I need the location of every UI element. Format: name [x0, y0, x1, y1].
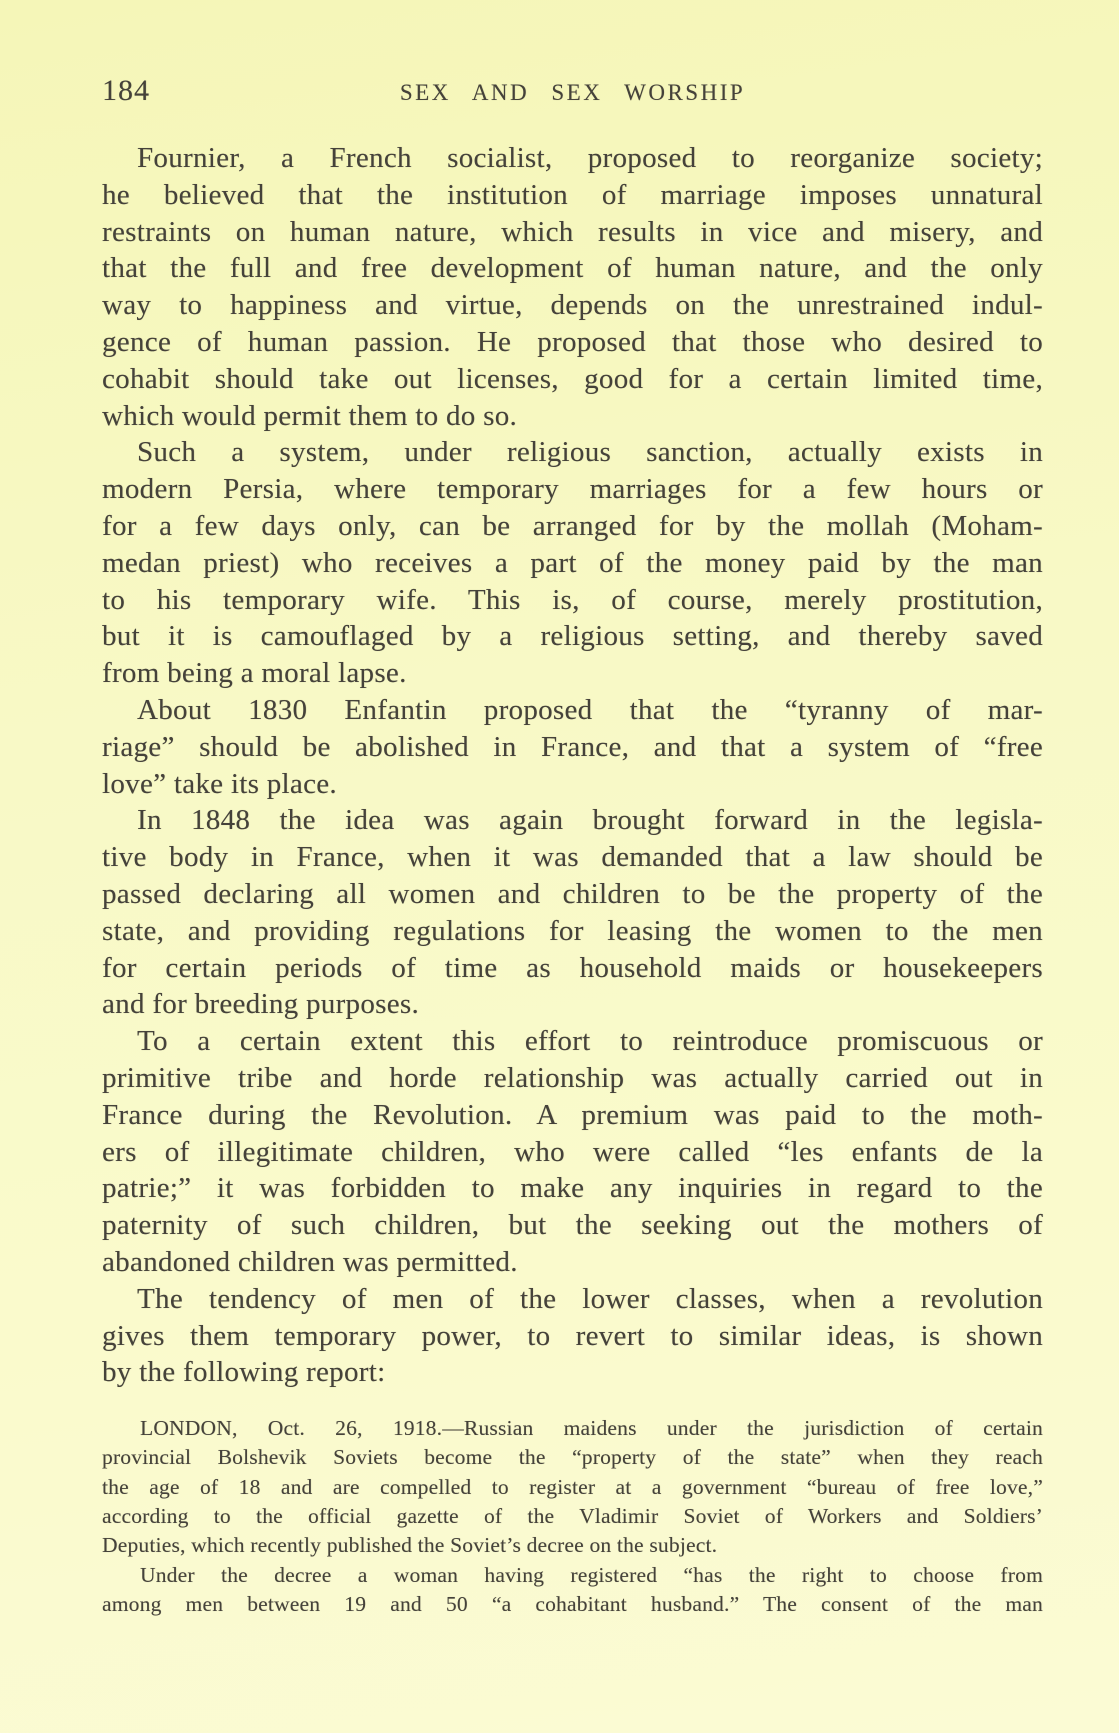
paragraph: About 1830 Enfantin proposed that the “t…	[102, 692, 1043, 802]
text-line: medan priest) who receives a part of the…	[102, 545, 1043, 582]
text-line: that the full and free development of hu…	[102, 250, 1043, 287]
text-line: Such a system, under religious sanction,…	[102, 434, 1043, 471]
text-line: gence of human passion. He proposed that…	[102, 324, 1043, 361]
paragraph: The tendency of men of the lower classes…	[102, 1281, 1043, 1391]
text-line: cohabit should take out licenses, good f…	[102, 361, 1043, 398]
paragraph: Under the decree a woman having register…	[102, 1561, 1043, 1620]
text-line: patrie;” it was forbidden to make any in…	[102, 1170, 1043, 1207]
text-line: from being a moral lapse.	[102, 655, 1043, 692]
text-line: Under the decree a woman having register…	[102, 1561, 1043, 1590]
text-line: provincial Bolshevik Soviets become the …	[102, 1443, 1043, 1472]
text-line: ers of illegitimate children, who were c…	[102, 1134, 1043, 1171]
text-line: which would permit them to do so.	[102, 398, 1043, 435]
text-line: France during the Revolution. A premium …	[102, 1097, 1043, 1134]
text-line: LONDON, Oct. 26, 1918.—Russian maidens u…	[102, 1414, 1043, 1443]
text-line: riage” should be abolished in France, an…	[102, 729, 1043, 766]
book-page: 184 SEX AND SEX WORSHIP Fournier, a Fren…	[0, 0, 1119, 1733]
running-title: SEX AND SEX WORSHIP	[102, 80, 1043, 106]
text-line: according to the official gazette of the…	[102, 1502, 1043, 1531]
text-line: among men between 19 and 50 “a cohabitan…	[102, 1590, 1043, 1619]
paragraph: To a certain extent this effort to reint…	[102, 1023, 1043, 1281]
text-line: restraints on human nature, which result…	[102, 214, 1043, 251]
text-line: gives them temporary power, to revert to…	[102, 1318, 1043, 1355]
text-line: by the following report:	[102, 1354, 1043, 1391]
page-body: Fournier, a French socialist, proposed t…	[102, 140, 1043, 1619]
news-excerpt: LONDON, Oct. 26, 1918.—Russian maidens u…	[102, 1414, 1043, 1619]
text-line: paternity of such children, but the seek…	[102, 1207, 1043, 1244]
text-line: but it is camouflaged by a religious set…	[102, 618, 1043, 655]
text-line: Deputies, which recently published the S…	[102, 1531, 1043, 1560]
paragraph: In 1848 the idea was again brought forwa…	[102, 802, 1043, 1023]
paragraph: Fournier, a French socialist, proposed t…	[102, 140, 1043, 434]
text-line: tive body in France, when it was demande…	[102, 839, 1043, 876]
text-line: abandoned children was permitted.	[102, 1244, 1043, 1281]
text-line: To a certain extent this effort to reint…	[102, 1023, 1043, 1060]
text-line: Fournier, a French socialist, proposed t…	[102, 140, 1043, 177]
text-line: modern Persia, where temporary marriages…	[102, 471, 1043, 508]
text-line: passed declaring all women and children …	[102, 876, 1043, 913]
text-line: love” take its place.	[102, 766, 1043, 803]
page-header: 184 SEX AND SEX WORSHIP	[102, 74, 1043, 110]
text-line: way to happiness and virtue, depends on …	[102, 287, 1043, 324]
paragraph: LONDON, Oct. 26, 1918.—Russian maidens u…	[102, 1414, 1043, 1560]
text-line: About 1830 Enfantin proposed that the “t…	[102, 692, 1043, 729]
text-line: and for breeding purposes.	[102, 986, 1043, 1023]
text-line: primitive tribe and horde relationship w…	[102, 1060, 1043, 1097]
text-line: In 1848 the idea was again brought forwa…	[102, 802, 1043, 839]
text-line: the age of 18 and are compelled to regis…	[102, 1473, 1043, 1502]
text-line: he believed that the institution of marr…	[102, 177, 1043, 214]
text-line: The tendency of men of the lower classes…	[102, 1281, 1043, 1318]
text-line: for certain periods of time as household…	[102, 950, 1043, 987]
paragraph: Such a system, under religious sanction,…	[102, 434, 1043, 692]
text-line: state, and providing regulations for lea…	[102, 913, 1043, 950]
body-paragraphs: Fournier, a French socialist, proposed t…	[102, 140, 1043, 1391]
text-line: to his temporary wife. This is, of cours…	[102, 582, 1043, 619]
text-line: for a few days only, can be arranged for…	[102, 508, 1043, 545]
